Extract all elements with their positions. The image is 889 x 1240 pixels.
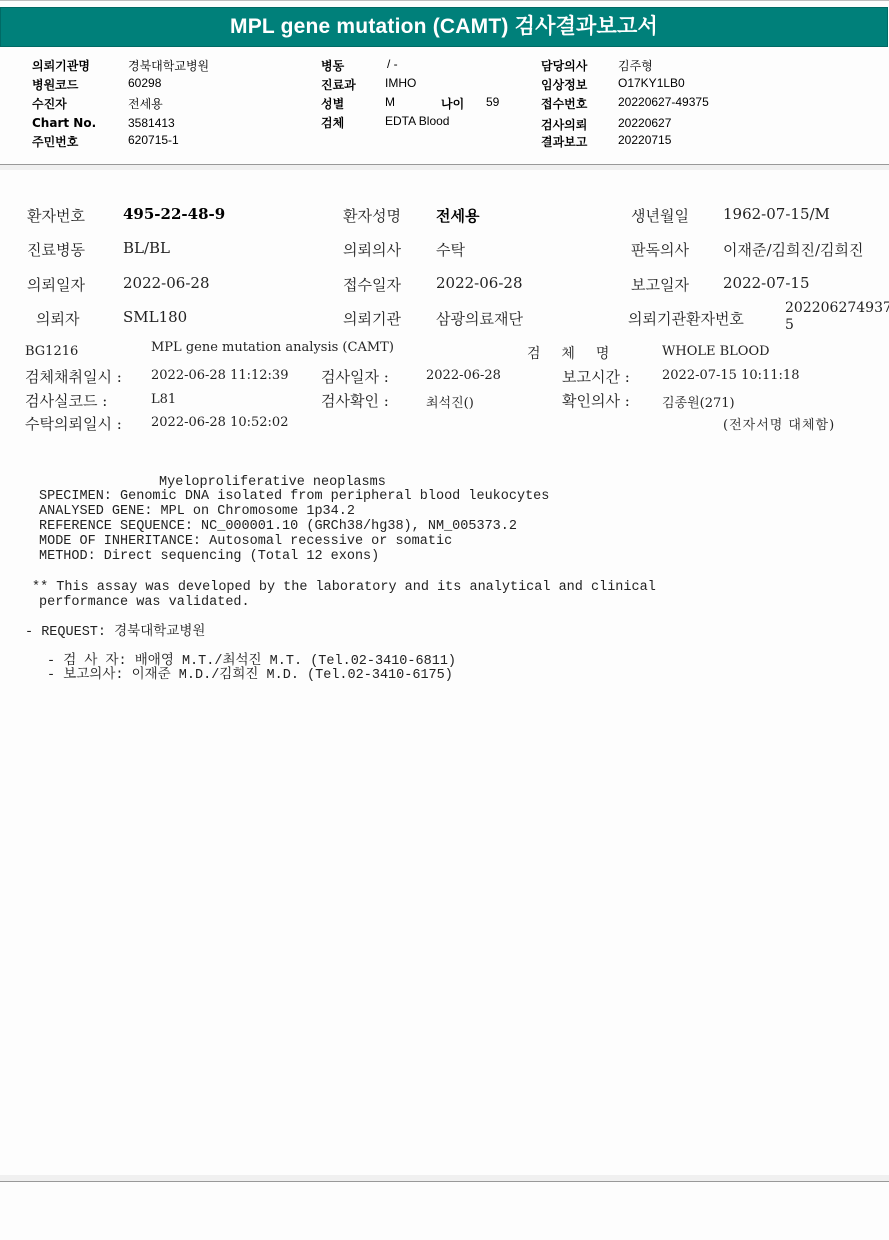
field-label: 병원코드 [32, 78, 78, 92]
field-value: 20220715 [618, 133, 671, 147]
field-value: 경북대학교병원 [128, 59, 209, 73]
field-label: 접수번호 [541, 97, 587, 111]
report-time-label: 보고시간 : [562, 366, 630, 387]
requesting-institution-value: 삼광의료재단 [436, 308, 523, 329]
field-value: EDTA Blood [385, 114, 449, 128]
report-line: SPECIMEN: Genomic DNA isolated from peri… [39, 489, 549, 504]
requesting-institution-label: 의뢰기관 [343, 308, 401, 329]
birthdate-value: 1962-07-15/M [723, 205, 830, 223]
header-field: 의뢰기관명 [32, 57, 90, 74]
field-value: 20220627-49375 [618, 95, 709, 109]
reading-doctor-value: 이재준/김희진/김희진 [723, 239, 864, 260]
field-value: 3581413 [128, 116, 175, 130]
request-time-value: 2022-06-28 10:52:02 [151, 415, 288, 430]
top-border [0, 0, 889, 1]
collect-time-value: 2022-06-28 11:12:39 [151, 368, 288, 383]
section-divider-shade [0, 165, 889, 170]
patient-id-label: 환자번호 [27, 205, 85, 226]
reporter-line: - 보고의사: 이재준 M.D./김희진 M.D. (Tel.02-3410-6… [47, 668, 453, 683]
request-date-label: 의뢰일자 [27, 274, 85, 295]
collect-time-label: 검체채취일시 : [25, 366, 122, 387]
receipt-date-value: 2022-06-28 [436, 274, 522, 292]
institution-patient-no-value-1: 202206274937 [785, 300, 889, 316]
field-label: 진료과 [321, 78, 356, 92]
specimen-label: 검 체 명 [527, 343, 613, 363]
requester-value: SML180 [123, 308, 187, 326]
field-label: Chart No. [32, 116, 96, 130]
patient-name-value: 전세용 [436, 205, 479, 226]
report-date-label: 보고일자 [631, 274, 689, 295]
field-label: 성별 [321, 97, 344, 111]
age-value: 59 [486, 95, 499, 109]
confirm-doctor-value: 김종원(271) [662, 392, 735, 411]
patient-name-label: 환자성명 [343, 205, 401, 226]
esign-note: (전자서명 대체함) [723, 414, 835, 433]
report-line: METHOD: Direct sequencing (Total 12 exon… [39, 549, 379, 564]
test-code: BG1216 [25, 344, 78, 359]
field-value: M [385, 95, 395, 109]
field-label: 주민번호 [32, 135, 78, 149]
field-label: 수진자 [32, 97, 67, 111]
specimen-value: WHOLE BLOOD [662, 344, 770, 359]
field-value: 620715-1 [128, 133, 179, 147]
test-confirm-label: 검사확인 : [321, 390, 389, 411]
institution-patient-no-value-2: 5 [785, 317, 794, 333]
report-line: MODE OF INHERITANCE: Autosomal recessive… [39, 534, 452, 549]
report-title: MPL gene mutation (CAMT) 검사결과보고서 [0, 7, 888, 47]
test-date-value: 2022-06-28 [426, 368, 501, 383]
field-value: 전세용 [128, 97, 163, 111]
field-label: 검사의뢰 [541, 118, 587, 132]
footer-divider [0, 1181, 889, 1182]
field-value: IMHO [385, 76, 416, 90]
lab-code-label: 검사실코드 : [25, 390, 107, 411]
field-value: / - [387, 57, 398, 71]
field-label: 검체 [321, 116, 344, 130]
report-heading: Myeloproliferative neoplasms [159, 475, 386, 490]
lab-code-value: L81 [151, 392, 176, 407]
patient-id-value: 495-22-48-9 [123, 205, 225, 223]
field-label: 결과보고 [541, 135, 587, 149]
field-value: 60298 [128, 76, 161, 90]
field-label: 담당의사 [541, 59, 587, 73]
institution-patient-no-label: 의뢰기관환자번호 [628, 308, 744, 329]
age-label: 나이 [441, 97, 464, 111]
receipt-date-label: 접수일자 [343, 274, 401, 295]
request-line: - REQUEST: 경북대학교병원 [25, 625, 205, 640]
request-time-label: 수탁의뢰일시 : [25, 413, 122, 434]
ward-label: 진료병동 [27, 239, 85, 260]
birthdate-label: 생년월일 [631, 205, 689, 226]
assay-note-line2: performance was validated. [39, 595, 250, 610]
field-value: 김주형 [618, 59, 653, 73]
report-line: ANALYSED GENE: MPL on Chromosome 1p34.2 [39, 504, 355, 519]
requester-label: 의뢰자 [36, 308, 79, 329]
ward-value: BL/BL [123, 239, 170, 257]
requesting-doctor-label: 의뢰의사 [343, 239, 401, 260]
field-label: 임상정보 [541, 78, 587, 92]
reading-doctor-label: 판독의사 [631, 239, 689, 260]
field-value: O17KY1LB0 [618, 76, 685, 90]
report-date-value: 2022-07-15 [723, 274, 809, 292]
report-line: REFERENCE SEQUENCE: NC_000001.10 (GRCh38… [39, 519, 517, 534]
field-value: 20220627 [618, 116, 671, 130]
field-label: 의뢰기관명 [32, 59, 90, 73]
request-date-value: 2022-06-28 [123, 274, 209, 292]
tester-line: - 검 사 자: 배애영 M.T./최석진 M.T. (Tel.02-3410-… [47, 654, 456, 669]
test-date-label: 검사일자 : [321, 366, 389, 387]
test-name: MPL gene mutation analysis (CAMT) [151, 340, 394, 355]
report-time-value: 2022-07-15 10:11:18 [662, 368, 799, 383]
field-label: 병동 [321, 59, 344, 73]
confirm-doctor-label: 확인의사 : [562, 390, 630, 411]
test-confirm-value: 최석진() [426, 392, 474, 411]
assay-note-line1: ** This assay was developed by the labor… [32, 580, 656, 595]
requesting-doctor-value: 수탁 [436, 239, 465, 260]
